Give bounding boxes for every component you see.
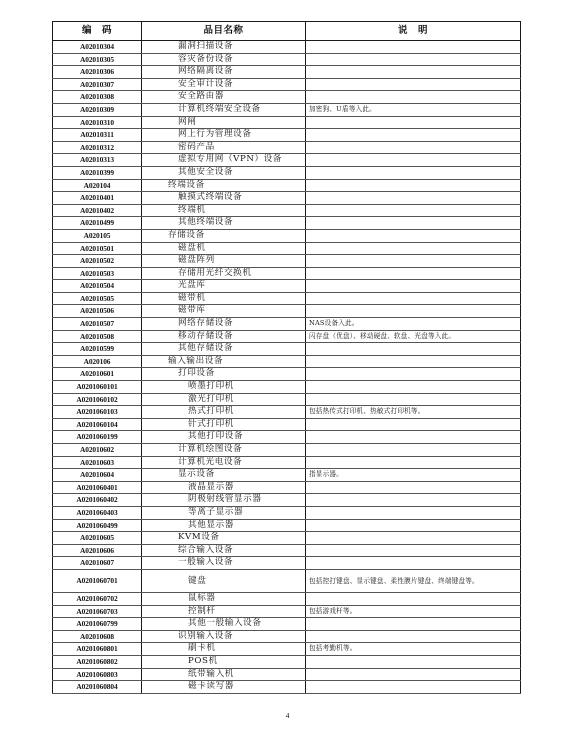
table-row: A020105存储设备 bbox=[53, 229, 521, 242]
item-note bbox=[306, 141, 521, 154]
item-code: A0201060701 bbox=[53, 569, 142, 592]
item-code: A0201060803 bbox=[53, 668, 142, 681]
item-note bbox=[306, 481, 521, 494]
item-name: 网闸 bbox=[142, 116, 306, 129]
item-name: 触摸式终端设备 bbox=[142, 192, 306, 205]
item-note bbox=[306, 255, 521, 268]
table-row: A0201060102激光打印机 bbox=[53, 393, 521, 406]
table-row: A02010603计算机光电设备 bbox=[53, 456, 521, 469]
item-code: A02010606 bbox=[53, 544, 142, 557]
table-row: A0201060702鼠标器 bbox=[53, 592, 521, 605]
table-row: A0201060199其他打印设备 bbox=[53, 431, 521, 444]
item-note bbox=[306, 41, 521, 54]
item-code: A02010601 bbox=[53, 368, 142, 381]
item-name: 其他存储设备 bbox=[142, 343, 306, 356]
item-name: KVM设备 bbox=[142, 532, 306, 545]
item-code: A02010503 bbox=[53, 267, 142, 280]
table-row: A0201060701键盘包括控打键盘、显示键盘、柔性膜片键盘、终端键盘等。 bbox=[53, 569, 521, 592]
table-row: A020104终端设备 bbox=[53, 179, 521, 192]
item-note bbox=[306, 305, 521, 318]
item-note bbox=[306, 456, 521, 469]
table-row: A02010402终端机 bbox=[53, 204, 521, 217]
item-name: 阴极射线管显示器 bbox=[142, 494, 306, 507]
table-row: A02010310网闸 bbox=[53, 116, 521, 129]
table-row: A02010311网上行为管理设备 bbox=[53, 129, 521, 142]
item-code: A02010603 bbox=[53, 456, 142, 469]
item-note bbox=[306, 668, 521, 681]
item-code: A0201060802 bbox=[53, 655, 142, 668]
item-name: POS机 bbox=[142, 655, 306, 668]
table-row: A02010504光盘库 bbox=[53, 280, 521, 293]
item-note bbox=[306, 355, 521, 368]
item-name: 其他打印设备 bbox=[142, 431, 306, 444]
page-number: 4 bbox=[0, 711, 575, 720]
table-row: A0201060402阴极射线管显示器 bbox=[53, 494, 521, 507]
item-code: A02010599 bbox=[53, 343, 142, 356]
item-name: 识别输入设备 bbox=[142, 630, 306, 643]
table-row: A02010312密码产品 bbox=[53, 141, 521, 154]
item-note bbox=[306, 229, 521, 242]
item-code: A0201060401 bbox=[53, 481, 142, 494]
item-name: 一般输入设备 bbox=[142, 557, 306, 570]
item-code: A02010504 bbox=[53, 280, 142, 293]
item-code: A0201060702 bbox=[53, 592, 142, 605]
item-note bbox=[306, 393, 521, 406]
item-note: NAS设备入此。 bbox=[306, 318, 521, 331]
item-code: A0201060801 bbox=[53, 643, 142, 656]
item-name: 激光打印机 bbox=[142, 393, 306, 406]
table-row: A02010306网络隔离设备 bbox=[53, 66, 521, 79]
item-code: A02010310 bbox=[53, 116, 142, 129]
item-note bbox=[306, 592, 521, 605]
item-name: 磁带机 bbox=[142, 292, 306, 305]
item-note: 包括游戏杆等。 bbox=[306, 605, 521, 618]
table-row: A02010602计算机绘图设备 bbox=[53, 444, 521, 457]
table-row: A02010507网络存储设备NAS设备入此。 bbox=[53, 318, 521, 331]
item-note bbox=[306, 129, 521, 142]
item-note: 加密狗、U盾等入此。 bbox=[306, 103, 521, 116]
item-code: A02010499 bbox=[53, 217, 142, 230]
item-note bbox=[306, 618, 521, 631]
item-note bbox=[306, 217, 521, 230]
item-name: 液晶显示器 bbox=[142, 481, 306, 494]
item-code: A0201060499 bbox=[53, 519, 142, 532]
item-note bbox=[306, 116, 521, 129]
item-name: 控制杆 bbox=[142, 605, 306, 618]
table-body: A02010304漏洞扫描设备A02010305容灾备份设备A02010306网… bbox=[53, 41, 521, 694]
item-name: 容灾备份设备 bbox=[142, 53, 306, 66]
table-row: A02010499其他终端设备 bbox=[53, 217, 521, 230]
table-row: A02010607一般输入设备 bbox=[53, 557, 521, 570]
table-row: A02010503存储用光纤交换机 bbox=[53, 267, 521, 280]
item-note bbox=[306, 280, 521, 293]
table-row: A0201060103热式打印机包括热传式打印机、热敏式打印机等。 bbox=[53, 406, 521, 419]
item-code: A0201060101 bbox=[53, 381, 142, 394]
item-name: 计算机光电设备 bbox=[142, 456, 306, 469]
item-note: 包括考勤机等。 bbox=[306, 643, 521, 656]
item-note bbox=[306, 343, 521, 356]
item-note bbox=[306, 557, 521, 570]
item-note: 闪存盘（优盘）、移动硬盘、软盘、光盘等入此。 bbox=[306, 330, 521, 343]
item-code: A02010502 bbox=[53, 255, 142, 268]
table-row: A0201060403等离子显示器 bbox=[53, 506, 521, 519]
table-row: A0201060803纸带输入机 bbox=[53, 668, 521, 681]
item-code: A02010309 bbox=[53, 103, 142, 116]
item-name: 综合输入设备 bbox=[142, 544, 306, 557]
item-code: A0201060403 bbox=[53, 506, 142, 519]
item-name: 终端设备 bbox=[142, 179, 306, 192]
item-code: A02010507 bbox=[53, 318, 142, 331]
item-name: 磁卡读写器 bbox=[142, 681, 306, 694]
table-row: A02010309计算机终端安全设备加密狗、U盾等入此。 bbox=[53, 103, 521, 116]
item-note bbox=[306, 292, 521, 305]
item-name: 计算机绘图设备 bbox=[142, 444, 306, 457]
item-name: 喷墨打印机 bbox=[142, 381, 306, 394]
item-name: 其他安全设备 bbox=[142, 166, 306, 179]
item-note: 包括控打键盘、显示键盘、柔性膜片键盘、终端键盘等。 bbox=[306, 569, 521, 592]
table-row: A020106输入输出设备 bbox=[53, 355, 521, 368]
table-row: A02010605KVM设备 bbox=[53, 532, 521, 545]
item-code: A02010308 bbox=[53, 91, 142, 104]
item-note bbox=[306, 381, 521, 394]
item-code: A0201060103 bbox=[53, 406, 142, 419]
item-code: A02010402 bbox=[53, 204, 142, 217]
table-row: A02010305容灾备份设备 bbox=[53, 53, 521, 66]
item-name: 漏洞扫描设备 bbox=[142, 41, 306, 54]
item-note bbox=[306, 532, 521, 545]
table-row: A02010501磁盘机 bbox=[53, 242, 521, 255]
item-note bbox=[306, 506, 521, 519]
item-code: A0201060402 bbox=[53, 494, 142, 507]
table-row: A0201060703控制杆包括游戏杆等。 bbox=[53, 605, 521, 618]
item-note bbox=[306, 192, 521, 205]
item-code: A02010604 bbox=[53, 469, 142, 482]
item-note bbox=[306, 431, 521, 444]
item-name: 安全审计设备 bbox=[142, 78, 306, 91]
item-name: 安全路由器 bbox=[142, 91, 306, 104]
item-code: A020106 bbox=[53, 355, 142, 368]
item-code: A02010506 bbox=[53, 305, 142, 318]
item-code: A0201060804 bbox=[53, 681, 142, 694]
item-name: 打印设备 bbox=[142, 368, 306, 381]
item-code: A02010312 bbox=[53, 141, 142, 154]
item-code: A02010305 bbox=[53, 53, 142, 66]
item-code: A020104 bbox=[53, 179, 142, 192]
item-note bbox=[306, 166, 521, 179]
item-name: 终端机 bbox=[142, 204, 306, 217]
table-row: A0201060499其他显示器 bbox=[53, 519, 521, 532]
table-row: A0201060802POS机 bbox=[53, 655, 521, 668]
header-code: 编 码 bbox=[53, 22, 142, 41]
item-name: 鼠标器 bbox=[142, 592, 306, 605]
item-name: 移动存储设备 bbox=[142, 330, 306, 343]
item-note bbox=[306, 655, 521, 668]
item-code: A02010307 bbox=[53, 78, 142, 91]
table-row: A02010508移动存储设备闪存盘（优盘）、移动硬盘、软盘、光盘等入此。 bbox=[53, 330, 521, 343]
item-code: A02010304 bbox=[53, 41, 142, 54]
item-code: A0201060703 bbox=[53, 605, 142, 618]
header-note: 说 明 bbox=[306, 22, 521, 41]
item-name: 其他终端设备 bbox=[142, 217, 306, 230]
item-name: 存储用光纤交换机 bbox=[142, 267, 306, 280]
table-row: A02010505磁带机 bbox=[53, 292, 521, 305]
item-note bbox=[306, 242, 521, 255]
item-note bbox=[306, 179, 521, 192]
item-name: 热式打印机 bbox=[142, 406, 306, 419]
document-page: 编 码 品目名称 说 明 A02010304漏洞扫描设备A02010305容灾备… bbox=[0, 0, 575, 730]
item-name: 等离子显示器 bbox=[142, 506, 306, 519]
item-name: 磁带库 bbox=[142, 305, 306, 318]
table-row: A02010308安全路由器 bbox=[53, 91, 521, 104]
item-name: 密码产品 bbox=[142, 141, 306, 154]
item-code: A02010505 bbox=[53, 292, 142, 305]
item-name: 计算机终端安全设备 bbox=[142, 103, 306, 116]
catalog-table: 编 码 品目名称 说 明 A02010304漏洞扫描设备A02010305容灾备… bbox=[52, 21, 521, 694]
item-note bbox=[306, 681, 521, 694]
item-note bbox=[306, 154, 521, 167]
item-code: A0201060102 bbox=[53, 393, 142, 406]
item-note bbox=[306, 66, 521, 79]
table-row: A0201060801刷卡机包括考勤机等。 bbox=[53, 643, 521, 656]
table-header-row: 编 码 品目名称 说 明 bbox=[53, 22, 521, 41]
item-name: 纸带输入机 bbox=[142, 668, 306, 681]
item-code: A02010602 bbox=[53, 444, 142, 457]
item-code: A02010401 bbox=[53, 192, 142, 205]
item-note bbox=[306, 78, 521, 91]
item-note: 包括热传式打印机、热敏式打印机等。 bbox=[306, 406, 521, 419]
item-note: 指显示器。 bbox=[306, 469, 521, 482]
table-row: A02010506磁带库 bbox=[53, 305, 521, 318]
item-name: 其他显示器 bbox=[142, 519, 306, 532]
table-row: A02010307安全审计设备 bbox=[53, 78, 521, 91]
item-name: 磁盘阵列 bbox=[142, 255, 306, 268]
item-code: A0201060799 bbox=[53, 618, 142, 631]
item-code: A02010306 bbox=[53, 66, 142, 79]
table-row: A02010502磁盘阵列 bbox=[53, 255, 521, 268]
item-note bbox=[306, 204, 521, 217]
table-row: A02010401触摸式终端设备 bbox=[53, 192, 521, 205]
table-row: A0201060804磁卡读写器 bbox=[53, 681, 521, 694]
item-note bbox=[306, 368, 521, 381]
item-name: 光盘库 bbox=[142, 280, 306, 293]
item-note bbox=[306, 53, 521, 66]
item-code: A02010313 bbox=[53, 154, 142, 167]
item-code: A02010501 bbox=[53, 242, 142, 255]
table-row: A02010313虚拟专用网（VPN）设备 bbox=[53, 154, 521, 167]
table-row: A02010606综合输入设备 bbox=[53, 544, 521, 557]
item-name: 针式打印机 bbox=[142, 418, 306, 431]
table-row: A02010604显示设备指显示器。 bbox=[53, 469, 521, 482]
item-name: 磁盘机 bbox=[142, 242, 306, 255]
table-row: A02010608识别输入设备 bbox=[53, 630, 521, 643]
item-name: 网络隔离设备 bbox=[142, 66, 306, 79]
item-code: A020105 bbox=[53, 229, 142, 242]
table-row: A02010304漏洞扫描设备 bbox=[53, 41, 521, 54]
item-note bbox=[306, 418, 521, 431]
item-code: A02010605 bbox=[53, 532, 142, 545]
table-row: A0201060401液晶显示器 bbox=[53, 481, 521, 494]
item-note bbox=[306, 494, 521, 507]
item-name: 其他一般输入设备 bbox=[142, 618, 306, 631]
table-row: A02010399其他安全设备 bbox=[53, 166, 521, 179]
item-name: 显示设备 bbox=[142, 469, 306, 482]
item-name: 刷卡机 bbox=[142, 643, 306, 656]
item-code: A02010311 bbox=[53, 129, 142, 142]
item-code: A02010607 bbox=[53, 557, 142, 570]
item-note bbox=[306, 444, 521, 457]
item-code: A02010399 bbox=[53, 166, 142, 179]
table-row: A02010601打印设备 bbox=[53, 368, 521, 381]
item-note bbox=[306, 91, 521, 104]
item-note bbox=[306, 519, 521, 532]
item-note bbox=[306, 630, 521, 643]
item-name: 输入输出设备 bbox=[142, 355, 306, 368]
item-name: 网络存储设备 bbox=[142, 318, 306, 331]
header-name: 品目名称 bbox=[142, 22, 306, 41]
item-note bbox=[306, 267, 521, 280]
table-row: A0201060101喷墨打印机 bbox=[53, 381, 521, 394]
item-note bbox=[306, 544, 521, 557]
item-name: 存储设备 bbox=[142, 229, 306, 242]
table-row: A0201060799其他一般输入设备 bbox=[53, 618, 521, 631]
item-name: 网上行为管理设备 bbox=[142, 129, 306, 142]
table-row: A0201060104针式打印机 bbox=[53, 418, 521, 431]
item-code: A02010608 bbox=[53, 630, 142, 643]
table-row: A02010599其他存储设备 bbox=[53, 343, 521, 356]
item-name: 键盘 bbox=[142, 569, 306, 592]
item-name: 虚拟专用网（VPN）设备 bbox=[142, 154, 306, 167]
item-code: A0201060104 bbox=[53, 418, 142, 431]
item-code: A02010508 bbox=[53, 330, 142, 343]
item-code: A0201060199 bbox=[53, 431, 142, 444]
